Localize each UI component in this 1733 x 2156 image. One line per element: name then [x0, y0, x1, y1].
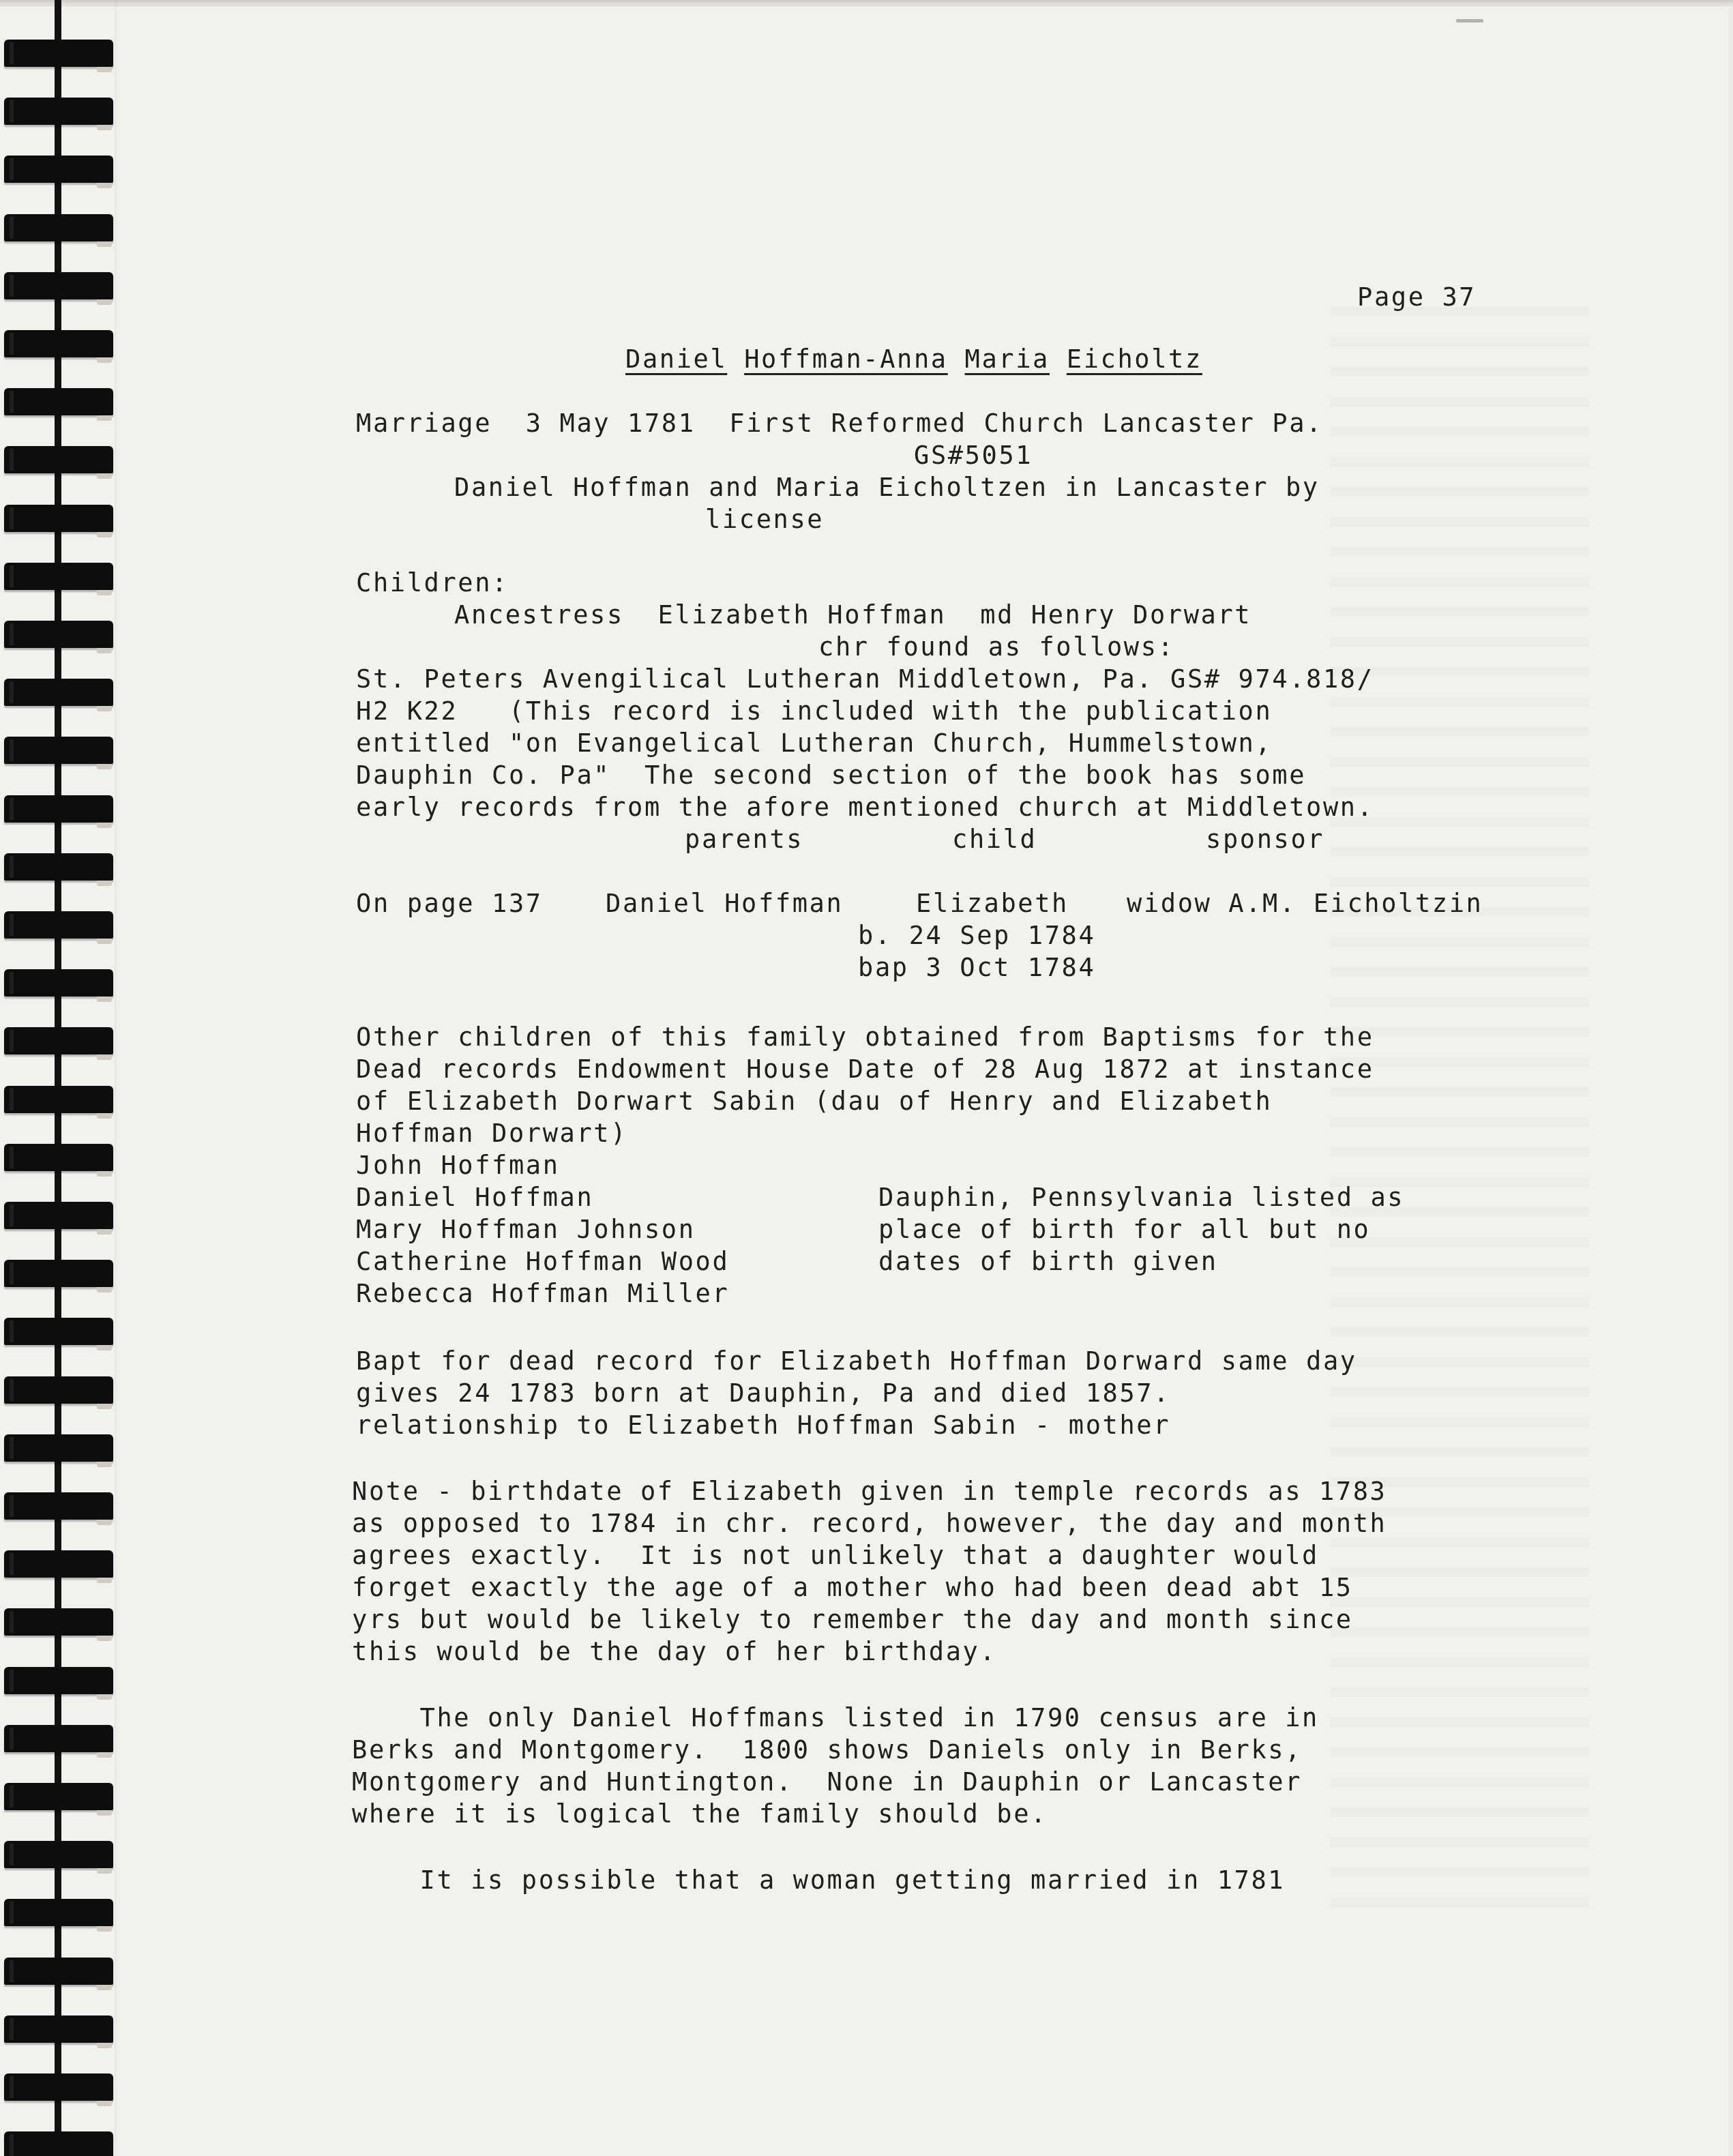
child-name: Daniel Hoffman [356, 1181, 593, 1213]
page-title: Daniel Hoffman-Anna Maria Eicholtz [625, 343, 1202, 375]
note-line: forget exactly the age of a mother who h… [352, 1571, 1353, 1604]
marriage-detail: Daniel Hoffman and Maria Eicholtzen in L… [454, 471, 1320, 503]
census-line: where it is logical the family should be… [352, 1798, 1048, 1830]
other-children-intro: of Elizabeth Dorwart Sabin (dau of Henry… [356, 1085, 1272, 1117]
child-name: Mary Hoffman Johnson [356, 1213, 696, 1245]
marriage-line: Marriage 3 May 1781 First Reformed Churc… [356, 407, 1323, 439]
child-name: Catherine Hoffman Wood [356, 1245, 729, 1278]
source-line: St. Peters Avengilical Lutheran Middleto… [356, 663, 1374, 695]
typewritten-content: Page 37 Daniel Hoffman-Anna Maria Eichol… [0, 0, 1733, 2156]
record-parents: Daniel Hoffman [606, 887, 843, 919]
note-line: as opposed to 1784 in chr. record, howev… [352, 1507, 1387, 1539]
birthplace-note: Dauphin, Pennsylvania listed as [878, 1181, 1404, 1213]
record-baptism: bap 3 Oct 1784 [858, 951, 1095, 984]
note-line: yrs but would be likely to remember the … [352, 1604, 1353, 1636]
table-header-sponsor: sponsor [1206, 823, 1324, 855]
birthplace-note: place of birth for all but no [878, 1213, 1370, 1245]
other-children-intro: Dead records Endowment House Date of 28 … [356, 1053, 1374, 1085]
title-word: Maria [965, 344, 1050, 374]
record-page-ref: On page 137 [356, 887, 543, 919]
birthplace-note: dates of birth given [878, 1245, 1218, 1278]
note-line: Note - birthdate of Elizabeth given in t… [352, 1475, 1387, 1507]
ancestress-line: Ancestress Elizabeth Hoffman md Henry Do… [454, 599, 1251, 631]
closing-line: It is possible that a woman getting marr… [352, 1864, 1285, 1896]
child-name: Rebecca Hoffman Miller [356, 1278, 729, 1310]
chr-found-line: chr found as follows: [818, 631, 1174, 663]
bapt-record-line: Bapt for dead record for Elizabeth Hoffm… [356, 1345, 1357, 1377]
table-header-child: child [952, 823, 1037, 855]
table-header-parents: parents [685, 823, 803, 855]
title-word: Eicholtz [1067, 344, 1202, 374]
note-line: this would be the day of her birthday. [352, 1636, 996, 1668]
census-line: Berks and Montgomery. 1800 shows Daniels… [352, 1734, 1302, 1766]
other-children-intro: Other children of this family obtained f… [356, 1021, 1374, 1053]
record-birth: b. 24 Sep 1784 [858, 919, 1095, 951]
page-number: Page 37 [1357, 281, 1476, 313]
source-line: H2 K22 (This record is included with the… [356, 695, 1272, 727]
record-sponsor: widow A.M. Eicholtzin [1127, 887, 1483, 919]
census-line: Montgomery and Huntington. None in Dauph… [352, 1766, 1302, 1798]
note-line: agrees exactly. It is not unlikely that … [352, 1539, 1319, 1571]
source-line: Dauphin Co. Pa" The second section of th… [356, 759, 1306, 791]
source-line: early records from the afore mentioned c… [356, 791, 1374, 823]
bapt-record-line: relationship to Elizabeth Hoffman Sabin … [356, 1409, 1170, 1441]
other-children-intro: Hoffman Dorwart) [356, 1117, 627, 1149]
title-word: Hoffman-Anna [744, 344, 948, 374]
title-word: Daniel [625, 344, 727, 374]
record-child: Elizabeth [916, 887, 1069, 919]
bapt-record-line: gives 24 1783 born at Dauphin, Pa and di… [356, 1377, 1170, 1409]
census-line: The only Daniel Hoffmans listed in 1790 … [352, 1702, 1319, 1734]
source-line: entitled "on Evangelical Lutheran Church… [356, 727, 1272, 759]
marriage-gs-number: GS#5051 [914, 439, 1033, 471]
children-heading: Children: [356, 567, 509, 599]
marriage-detail-cont: license [705, 503, 824, 535]
child-name: John Hoffman [356, 1149, 560, 1181]
